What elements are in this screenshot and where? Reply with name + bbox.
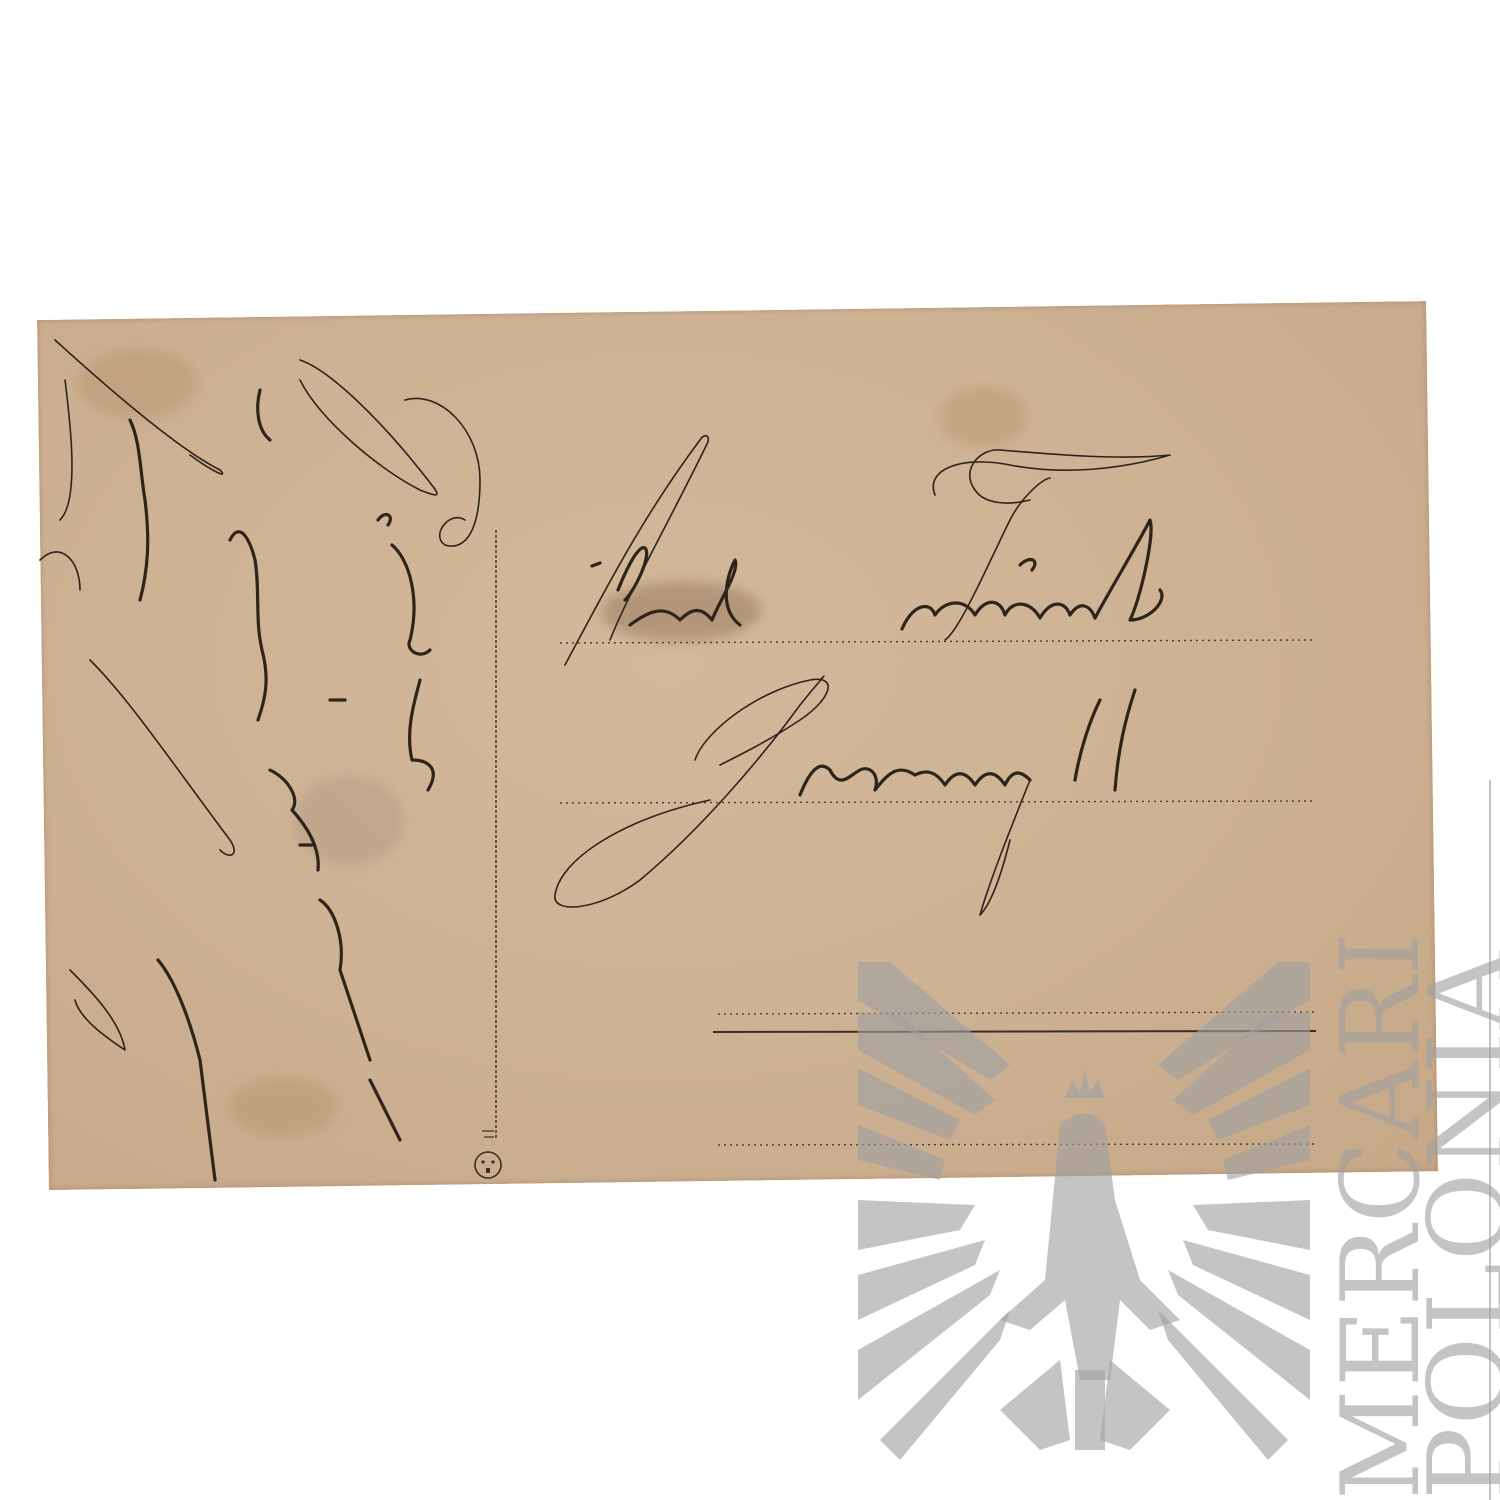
watermark-text-polonia: POLONIA bbox=[1415, 949, 1500, 1500]
handwriting-name bbox=[565, 436, 1170, 665]
handwriting-city bbox=[555, 676, 1135, 915]
handwriting-message bbox=[40, 340, 480, 1180]
address-line-1 bbox=[560, 640, 1312, 643]
address-line-4 bbox=[718, 1144, 1316, 1145]
address-line-3 bbox=[718, 1012, 1316, 1014]
postcard-markings bbox=[0, 0, 1500, 1500]
address-line-2 bbox=[560, 801, 1312, 803]
address-line-3-solid bbox=[713, 1031, 1316, 1032]
publisher-logo-icon bbox=[475, 1131, 501, 1178]
